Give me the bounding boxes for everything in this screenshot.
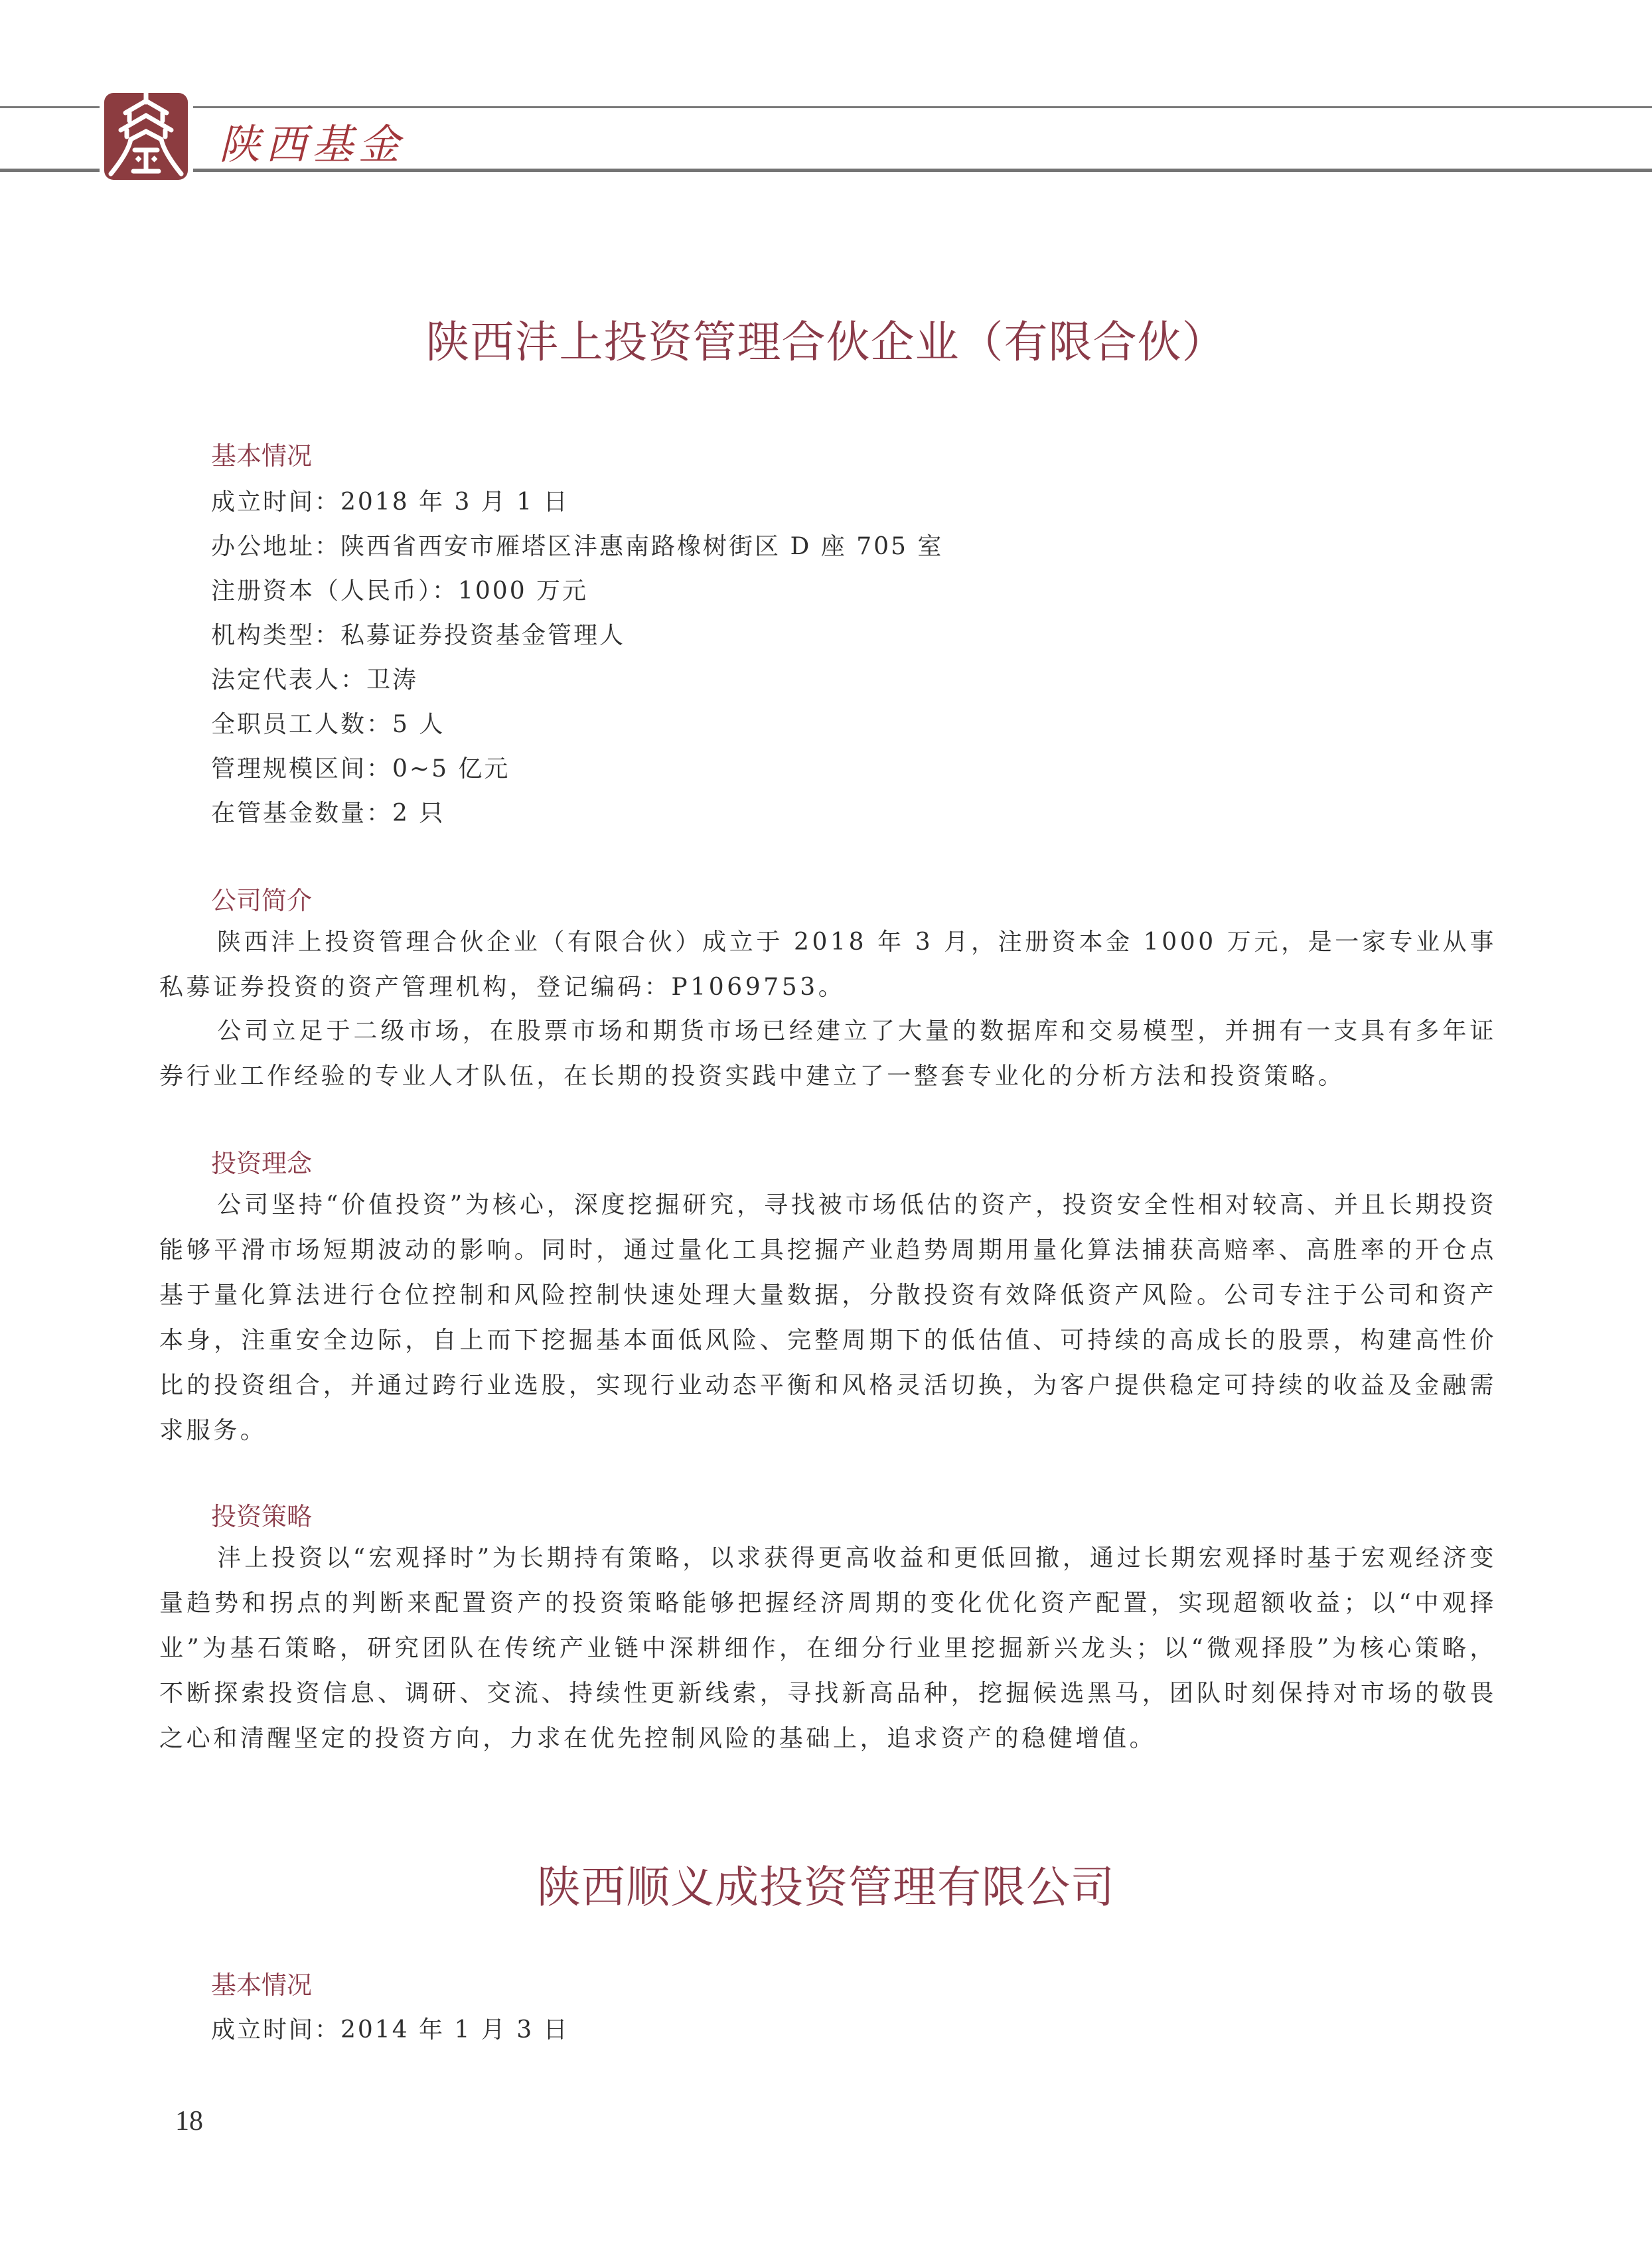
info-staff: 全职员工人数：5 人 [211,706,445,739]
paragraph-text: 公司立足于二级市场，在股票市场和期货市场已经建立了大量的数据库和交易模型，并拥有… [159,1017,1497,1090]
header-rule-thin-left [0,106,100,108]
brand-wordmark: 陕西基金 [219,112,405,171]
company-title: 陕西沣上投资管理合伙企业（有限合伙） [0,307,1652,370]
section-heading-strategy: 投资策略 [211,1496,312,1532]
info-founded-2: 成立时间：2014 年 1 月 3 日 [211,2011,569,2045]
header-rule-thick-right [193,169,1652,172]
info-legal-rep: 法定代表人：卫涛 [211,661,418,695]
paragraph-text: 沣上投资以“宏观择时”为长期持有策略，以求获得更高收益和更低回撤，通过长期宏观择… [159,1544,1497,1752]
paragraph-text: 公司坚持“价值投资”为核心，深度挖掘研究，寻找被市场低估的资产，投资安全性相对较… [159,1191,1497,1444]
pagoda-seal-icon [104,93,188,180]
section-heading-intro: 公司简介 [211,880,312,917]
section-heading-basic-2: 基本情况 [211,1965,312,2001]
info-aum-range: 管理规模区间：0~5 亿元 [211,750,510,784]
info-fund-count: 在管基金数量：2 只 [211,794,445,828]
paragraph-text: 陕西沣上投资管理合伙企业（有限合伙）成立于 2018 年 3 月，注册资本金 1… [159,929,1497,1001]
info-org-type: 机构类型：私募证券投资基金管理人 [211,617,625,650]
info-address: 办公地址：陕西省西安市雁塔区沣惠南路橡树街区 D 座 705 室 [211,528,943,561]
page-number: 18 [175,2105,203,2137]
info-founded: 成立时间：2018 年 3 月 1 日 [211,483,569,517]
info-capital: 注册资本（人民币）：1000 万元 [211,572,588,606]
section-heading-basic: 基本情况 [211,435,312,472]
paragraph-intro-2: 公司立足于二级市场，在股票市场和期货市场已经建立了大量的数据库和交易模型，并拥有… [159,1009,1497,1099]
pagoda-glyph-icon [104,93,188,180]
company-title-2: 陕西顺义成投资管理有限公司 [0,1852,1652,1915]
header-rule-thin-right [193,106,1652,108]
header-rule-thick-left [0,169,100,172]
section-heading-philosophy: 投资理念 [211,1143,312,1179]
paragraph-intro-1: 陕西沣上投资管理合伙企业（有限合伙）成立于 2018 年 3 月，注册资本金 1… [159,920,1497,1010]
paragraph-strategy: 沣上投资以“宏观择时”为长期持有策略，以求获得更高收益和更低回撤，通过长期宏观择… [159,1536,1497,1761]
paragraph-philosophy: 公司坚持“价值投资”为核心，深度挖掘研究，寻找被市场低估的资产，投资安全性相对较… [159,1183,1497,1454]
